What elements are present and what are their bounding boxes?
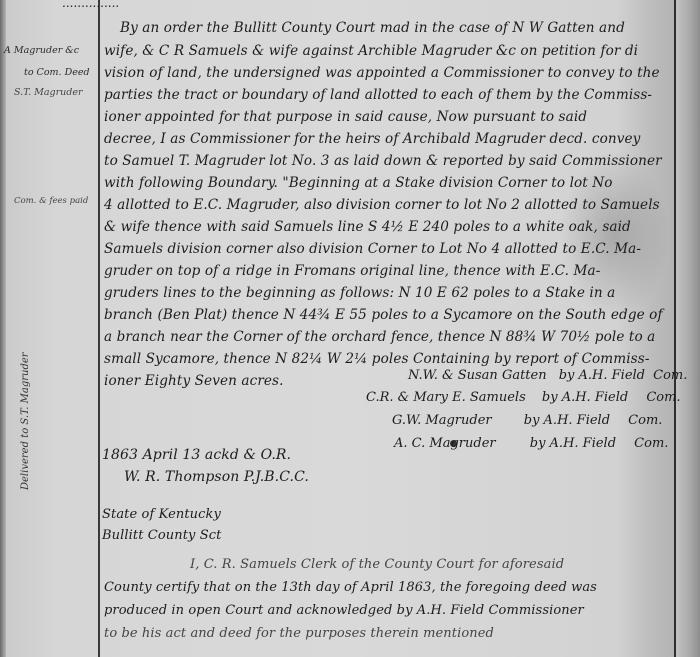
signature-title: Com. — [628, 413, 662, 428]
deed-body-line: decree, I as Commissioner for the heirs … — [104, 131, 640, 147]
acknowledgement-date: 1863 April 13 ackd & O.R. — [102, 447, 291, 463]
deed-body-line: parties the tract or boundary of land al… — [104, 87, 652, 103]
signature-by: by A.H. Field — [542, 390, 628, 405]
certificate-line: County certify that on the 13th day of A… — [104, 580, 597, 595]
signature-title: Com. — [646, 390, 680, 405]
deed-body-line: to Samuel T. Magruder lot No. 3 as laid … — [104, 153, 662, 169]
deed-body-line: wife, & C R Samuels & wife against Archi… — [104, 43, 638, 59]
certificate-county: Bullitt County Sct — [102, 528, 221, 543]
deed-body-line: ioner Eighty Seven acres. — [104, 373, 284, 389]
signature-by: by A.H. Field — [559, 368, 645, 383]
signature-grantor-1: N.W. & Susan Gatten by A.H. Field Com. — [408, 368, 687, 383]
header-fragment: ............... — [62, 0, 119, 10]
deed-body-line: branch (Ben Plat) thence N 44¾ E 55 pole… — [104, 307, 663, 323]
deed-book-page: ............... A Magruder &c to Com. De… — [0, 0, 700, 657]
signature-name: A. C. Magruder — [394, 436, 496, 451]
margin-note-parties: A Magruder &c — [4, 45, 79, 56]
signature-name: C.R. & Mary E. Samuels — [366, 390, 526, 405]
signature-title: Com. — [653, 368, 687, 383]
page-edge — [676, 0, 700, 657]
acknowledgement-judge: W. R. Thompson P.J.B.C.C. — [124, 469, 309, 485]
certificate-line: to be his act and deed for the purposes … — [104, 626, 494, 641]
margin-note-deed-type: to Com. Deed — [24, 67, 90, 78]
deed-body-line: Samuels division corner also division Co… — [104, 241, 641, 257]
signature-name: G.W. Magruder — [392, 413, 492, 428]
deed-body-line: 4 allotted to E.C. Magruder, also divisi… — [104, 197, 660, 213]
margin-rule-line — [98, 0, 100, 657]
deed-body-line: By an order the Bullitt County Court mad… — [120, 20, 625, 36]
deed-body-line: a branch near the Corner of the orchard … — [104, 329, 655, 345]
deed-body-line: small Sycamore, thence N 82¼ W 2¼ poles … — [104, 351, 650, 367]
signature-name: N.W. & Susan Gatten — [408, 368, 547, 383]
deed-body-line: vision of land, the undersigned was appo… — [104, 65, 660, 81]
signature-by: by A.H. Field — [530, 436, 616, 451]
margin-note-fees: Com. & fees paid — [14, 196, 88, 206]
signature-grantor-3: G.W. Magruder by A.H. Field Com. — [392, 413, 662, 428]
deed-body-line: gruders lines to the beginning as follow… — [104, 285, 615, 301]
margin-note-delivered: Delivered to S.T. Magruder — [20, 352, 31, 490]
deed-body-line: ioner appointed for that purpose in said… — [104, 109, 587, 125]
signature-by: by A.H. Field — [524, 413, 610, 428]
certificate-state: State of Kentucky — [102, 507, 221, 522]
signature-grantor-4: A. C. Magruder by A.H. Field Com. — [394, 436, 668, 451]
deed-body-line: with following Boundary. "Beginning at a… — [104, 175, 613, 191]
deed-body-line: & wife thence with said Samuels line S 4… — [104, 219, 631, 235]
margin-note-grantee: S.T. Magruder — [14, 87, 83, 98]
book-binding-shadow — [0, 0, 6, 657]
certificate-line: produced in open Court and acknowledged … — [104, 603, 584, 618]
certificate-line: I, C. R. Samuels Clerk of the County Cou… — [190, 557, 564, 572]
signature-title: Com. — [634, 436, 668, 451]
signature-grantor-2: C.R. & Mary E. Samuels by A.H. Field Com… — [366, 390, 681, 405]
deed-body-line: gruder on top of a ridge in Fromans orig… — [104, 263, 600, 279]
